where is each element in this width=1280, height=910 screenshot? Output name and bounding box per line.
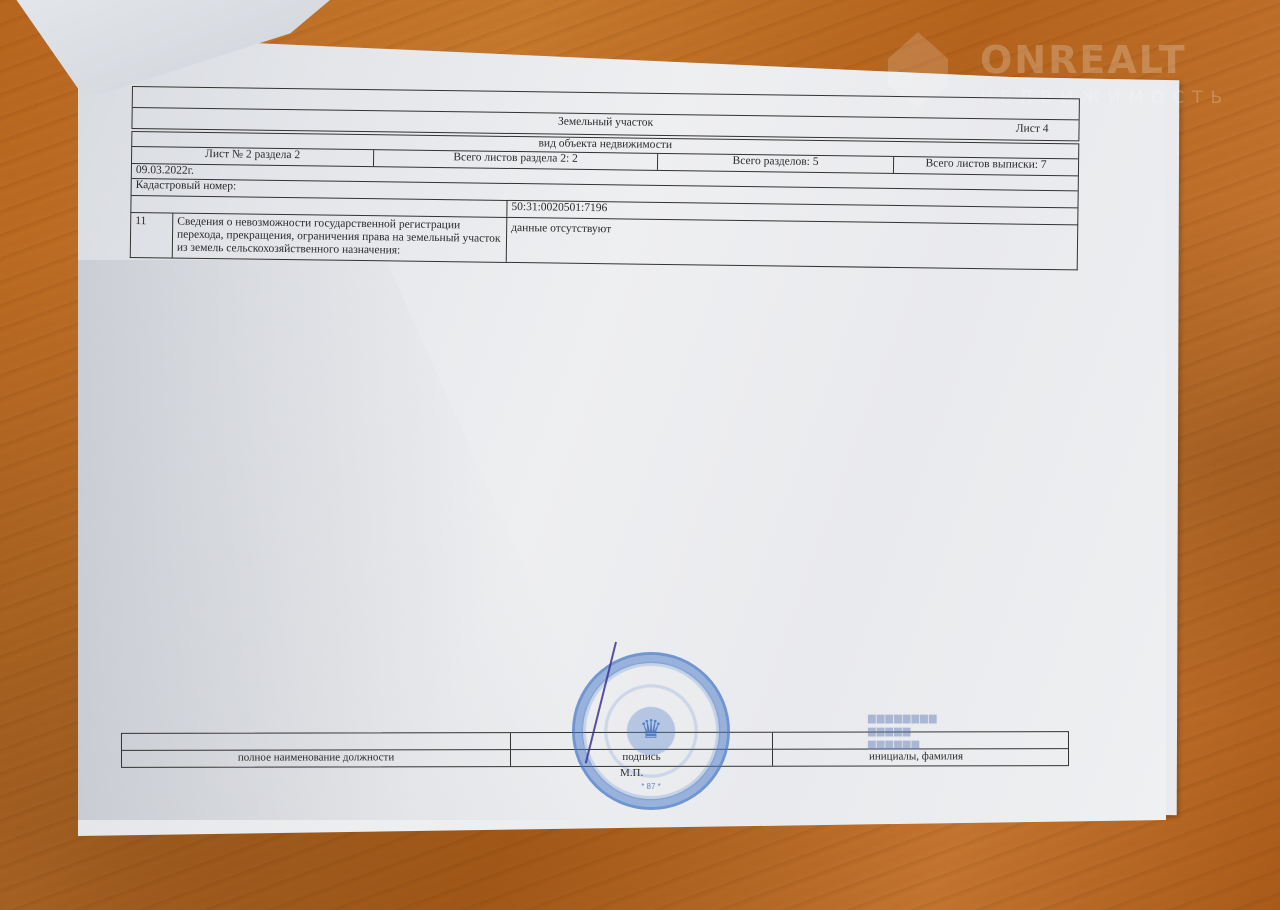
stamp-number: * 87 * xyxy=(575,782,727,791)
faded-registrar-stamp: ▆▆▆▆▆▆▆▆▆▆▆▆▆▆▆▆▆▆▆ xyxy=(868,712,978,751)
name-caption: инициалы, фамилия xyxy=(773,749,1068,766)
row-value: данные отсутствуют xyxy=(507,218,1078,269)
row-number: 11 xyxy=(131,213,174,258)
extract-document: Земельный участок Лист 4 вид объекта нед… xyxy=(0,0,1280,910)
sheet-number: Лист 4 xyxy=(1016,123,1049,135)
coat-of-arms-icon: ♛ xyxy=(639,714,662,745)
official-seal: ♛ * 87 * xyxy=(572,652,730,810)
info-box: Лист № 2 раздела 2 Всего листов раздела … xyxy=(130,147,1079,225)
position-caption: полное наименование должности xyxy=(122,750,511,767)
position-field xyxy=(122,733,511,750)
header-table: Земельный участок Лист 4 вид объекта нед… xyxy=(130,86,1080,270)
row-label: Сведения о невозможности государственной… xyxy=(173,214,508,262)
